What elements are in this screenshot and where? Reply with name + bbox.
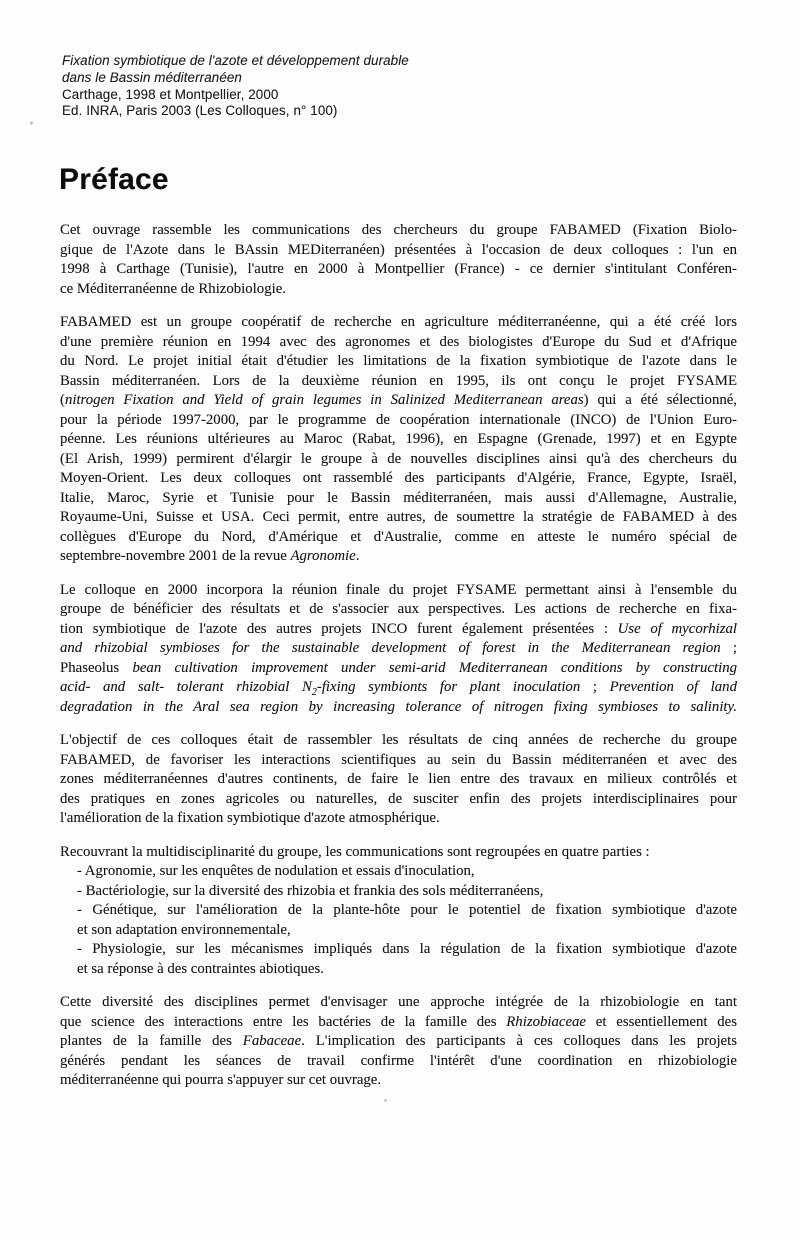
- text-run: que science des interactions entre les b…: [60, 1014, 506, 1030]
- text-run: septembre-novembre 2001 de la revue: [60, 548, 291, 564]
- text-line: et sa réponse à des contraintes abiotiqu…: [60, 960, 737, 980]
- text-line: (nitrogen Fixation and Yield of grain le…: [60, 391, 737, 411]
- text-run: collègues d'Europe du Nord, d'Amérique e…: [60, 529, 737, 545]
- text-run: l'amélioration de la fixation symbiotiqu…: [60, 810, 440, 826]
- text-run: Cette diversité des disciplines permet d…: [60, 994, 737, 1010]
- doc-header-line: dans le Bassin méditerranéen: [62, 70, 409, 87]
- text-line: Phaseolus bean cultivation improvement u…: [60, 659, 737, 679]
- text-line: zones méditerranéennes d'autres continen…: [60, 770, 737, 790]
- text-run: (El Arish, 1999) permirent d'élargir le …: [60, 451, 737, 467]
- text-run: d'une première réunion en 1994 avec des …: [60, 334, 737, 350]
- text-run: acid- and salt- tolerant rhizobial N: [60, 679, 312, 695]
- text-run: et son adaptation environnementale,: [77, 922, 291, 938]
- text-run: 1998 à Carthage (Tunisie), l'autre en 20…: [60, 261, 737, 277]
- text-line: pour la période 1997-2000, par le progra…: [60, 411, 737, 431]
- text-run: Recouvrant la multidisciplinarité du gro…: [60, 844, 650, 860]
- text-line: des pratiques en zones agricoles ou natu…: [60, 790, 737, 810]
- scan-artifact: [29, 121, 33, 126]
- text-run: ) qui a été sélectionné,: [584, 392, 737, 408]
- text-run: bean cultivation improvement under semi-…: [132, 660, 737, 676]
- scanned-page: Fixation symbiotique de l'azote et dével…: [0, 0, 800, 1240]
- text-run: L'objectif de ces colloques était de ras…: [60, 732, 737, 748]
- intro-paragraph: Cet ouvrage rassemble les communications…: [60, 221, 737, 299]
- text-run: and rhizobial symbioses for the sustaina…: [60, 640, 721, 656]
- doc-header-line: Fixation symbiotique de l'azote et dével…: [62, 53, 409, 70]
- text-run: ce Méditerranéenne de Rhizobiologie.: [60, 281, 286, 297]
- text-line: Cet ouvrage rassemble les communications…: [60, 221, 737, 241]
- text-line: Recouvrant la multidisciplinarité du gro…: [60, 843, 737, 863]
- text-run: Cet ouvrage rassemble les communications…: [60, 222, 737, 238]
- text-line: Bassin méditerranéen. Lors de la deuxièm…: [60, 372, 737, 392]
- text-run: Use of mycorhizal: [618, 621, 737, 637]
- text-line: péenne. Les réunions ultérieures au Maro…: [60, 430, 737, 450]
- text-run: FABAMED est un groupe coopératif de rech…: [60, 314, 737, 330]
- text-line: - Génétique, sur l'amélioration de la pl…: [60, 901, 737, 921]
- doc-header: Fixation symbiotique de l'azote et dével…: [62, 53, 409, 120]
- text-line: (El Arish, 1999) permirent d'élargir le …: [60, 450, 737, 470]
- text-line: acid- and salt- tolerant rhizobial N2-fi…: [60, 678, 737, 698]
- text-line: - Bactériologie, sur la diversité des rh…: [60, 882, 737, 902]
- text-run: nitrogen Fixation and Yield of grain leg…: [65, 392, 584, 408]
- body-paragraphs: Cet ouvrage rassemble les communications…: [60, 221, 737, 1105]
- doc-header-line: Carthage, 1998 et Montpellier, 2000: [62, 87, 409, 104]
- text-line: ce Méditerranéenne de Rhizobiologie.: [60, 280, 737, 300]
- text-line: Moyen-Orient. Les deux colloques ont ras…: [60, 469, 737, 489]
- text-line: - Agronomie, sur les enquêtes de nodulat…: [60, 862, 737, 882]
- doc-header-line: Ed. INRA, Paris 2003 (Les Colloques, n° …: [62, 103, 409, 120]
- text-run: Phaseolus: [60, 660, 132, 676]
- text-line: Italie, Maroc, Syrie et Tunisie pour le …: [60, 489, 737, 509]
- text-run: des pratiques en zones agricoles ou natu…: [60, 791, 737, 807]
- text-run: Bassin méditerranéen. Lors de la deuxièm…: [60, 373, 737, 389]
- text-line: d'une première réunion en 1994 avec des …: [60, 333, 737, 353]
- text-line: plantes de la famille des Fabaceae. L'im…: [60, 1032, 737, 1052]
- text-run: Rhizobiaceae: [506, 1014, 586, 1030]
- text-run: ;: [580, 679, 609, 695]
- text-run: FABAMED, de favoriser les interactions s…: [60, 752, 737, 768]
- text-line: et son adaptation environnementale,: [60, 921, 737, 941]
- text-run: - Bactériologie, sur la diversité des rh…: [77, 883, 543, 899]
- text-line: FABAMED est un groupe coopératif de rech…: [60, 313, 737, 333]
- fabamed-history-paragraph: FABAMED est un groupe coopératif de rech…: [60, 313, 737, 567]
- text-run: gique de l'Azote dans le BAssin MEDiterr…: [60, 242, 737, 258]
- text-run: Fabaceae: [243, 1033, 301, 1049]
- page-title: Préface: [59, 163, 169, 197]
- conclusion-paragraph: Cette diversité des disciplines permet d…: [60, 993, 737, 1091]
- text-run: tion symbiotique de l'azote des autres p…: [60, 621, 618, 637]
- colloque-2000-paragraph: Le colloque en 2000 incorpora la réunion…: [60, 581, 737, 718]
- text-line: Cette diversité des disciplines permet d…: [60, 993, 737, 1013]
- text-line: l'amélioration de la fixation symbiotiqu…: [60, 809, 737, 829]
- text-line: Royaume-Uni, Suisse et USA. Ceci permit,…: [60, 508, 737, 528]
- structure-list-paragraph: Recouvrant la multidisciplinarité du gro…: [60, 843, 737, 980]
- text-run: du Nord. Le projet initial était d'étudi…: [60, 353, 737, 369]
- text-run: zones méditerranéennes d'autres continen…: [60, 771, 737, 787]
- text-run: et essentiellement des: [586, 1014, 737, 1030]
- text-run: péenne. Les réunions ultérieures au Maro…: [60, 431, 737, 447]
- text-run: ;: [721, 640, 737, 656]
- text-run: Royaume-Uni, Suisse et USA. Ceci permit,…: [60, 509, 737, 525]
- text-line: du Nord. Le projet initial était d'étudi…: [60, 352, 737, 372]
- text-run: groupe de bénéficier des résultats et de…: [60, 601, 737, 617]
- text-run: . L'implication des participants à ces c…: [301, 1033, 737, 1049]
- text-run: .: [356, 548, 360, 564]
- text-run: - Génétique, sur l'amélioration de la pl…: [77, 902, 737, 918]
- text-run: Moyen-Orient. Les deux colloques ont ras…: [60, 470, 737, 486]
- text-line: gique de l'Azote dans le BAssin MEDiterr…: [60, 241, 737, 261]
- text-run: méditerranéenne qui pourra s'appuyer sur…: [60, 1072, 381, 1088]
- text-run: générés pendant les séances de travail c…: [60, 1053, 737, 1069]
- text-line: and rhizobial symbioses for the sustaina…: [60, 639, 737, 659]
- text-line: générés pendant les séances de travail c…: [60, 1052, 737, 1072]
- text-line: tion symbiotique de l'azote des autres p…: [60, 620, 737, 640]
- text-run: Italie, Maroc, Syrie et Tunisie pour le …: [60, 490, 737, 506]
- text-run: - Agronomie, sur les enquêtes de nodulat…: [77, 863, 475, 879]
- text-run: plantes de la famille des: [60, 1033, 243, 1049]
- text-run: -fixing symbionts for plant inoculation: [317, 679, 580, 695]
- text-line: FABAMED, de favoriser les interactions s…: [60, 751, 737, 771]
- text-line: méditerranéenne qui pourra s'appuyer sur…: [60, 1071, 737, 1091]
- text-run: pour la période 1997-2000, par le progra…: [60, 412, 737, 428]
- text-line: Le colloque en 2000 incorpora la réunion…: [60, 581, 737, 601]
- text-run: degradation in the Aral sea region by in…: [60, 699, 737, 715]
- text-run: Agronomie: [291, 548, 356, 564]
- scan-artifact: [384, 1099, 387, 1102]
- text-line: - Physiologie, sur les mécanismes impliq…: [60, 940, 737, 960]
- text-line: groupe de bénéficier des résultats et de…: [60, 600, 737, 620]
- text-line: L'objectif de ces colloques était de ras…: [60, 731, 737, 751]
- text-line: que science des interactions entre les b…: [60, 1013, 737, 1033]
- text-line: 1998 à Carthage (Tunisie), l'autre en 20…: [60, 260, 737, 280]
- text-line: collègues d'Europe du Nord, d'Amérique e…: [60, 528, 737, 548]
- objectives-paragraph: L'objectif de ces colloques était de ras…: [60, 731, 737, 829]
- text-line: septembre-novembre 2001 de la revue Agro…: [60, 547, 737, 567]
- text-run: et sa réponse à des contraintes abiotiqu…: [77, 961, 324, 977]
- text-run: Prevention of land: [610, 679, 737, 695]
- text-line: degradation in the Aral sea region by in…: [60, 698, 737, 718]
- text-run: Le colloque en 2000 incorpora la réunion…: [60, 582, 737, 598]
- text-run: - Physiologie, sur les mécanismes impliq…: [77, 941, 737, 957]
